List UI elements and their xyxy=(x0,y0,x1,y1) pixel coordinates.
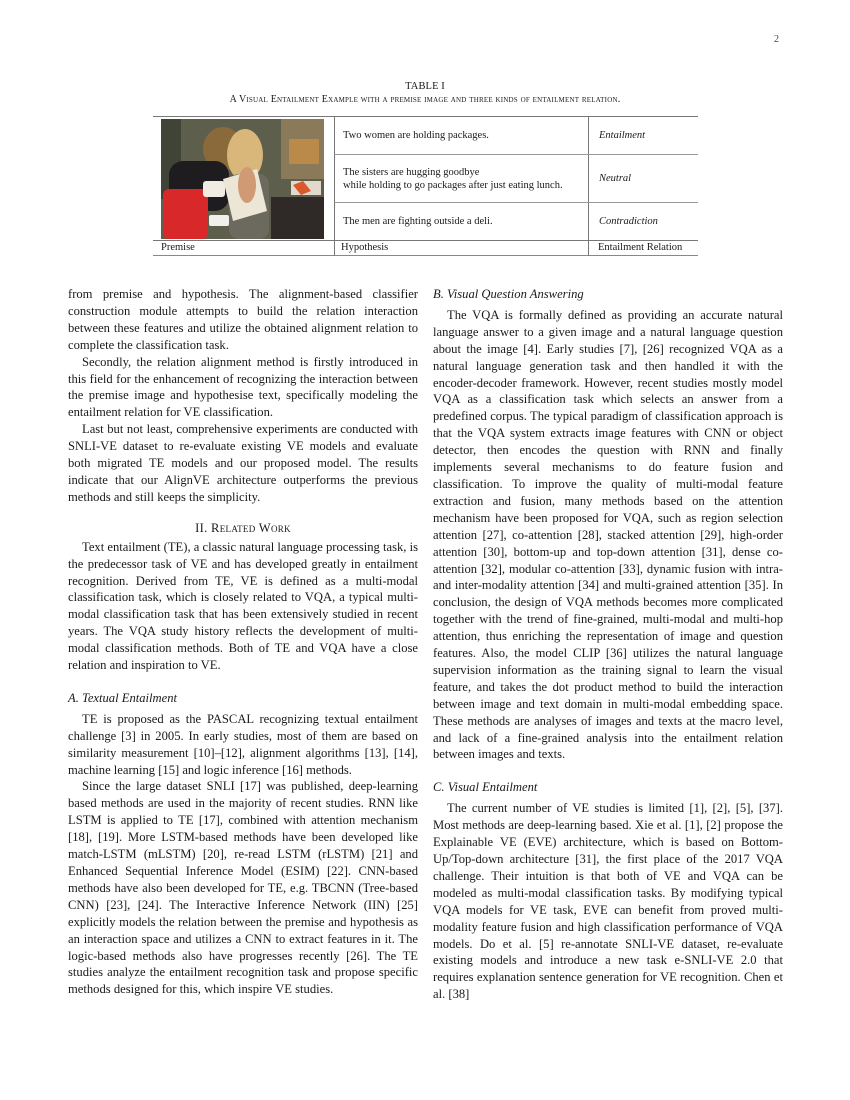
relation-entailment: Entailment xyxy=(599,129,645,142)
subsection-heading-textual-entailment: A. Textual Entailment xyxy=(68,690,418,707)
paragraph: TE is proposed as the PASCAL recognizing… xyxy=(68,711,418,779)
premise-image xyxy=(161,119,324,239)
page-number: 2 xyxy=(774,34,779,45)
paragraph: Text entailment (TE), a classic natural … xyxy=(68,539,418,674)
relation-contradiction: Contradiction xyxy=(599,215,658,228)
paragraph: The VQA is formally defined as providing… xyxy=(433,307,783,763)
paragraph: Since the large dataset SNLI [17] was pu… xyxy=(68,778,418,998)
table-row-divider xyxy=(334,154,698,155)
right-column: B. Visual Question Answering The VQA is … xyxy=(433,286,783,1003)
table-row-divider xyxy=(334,202,698,203)
header-hypothesis: Hypothesis xyxy=(341,241,388,254)
header-entailment-relation: Entailment Relation xyxy=(598,241,682,254)
table-column-divider xyxy=(334,116,335,256)
hypothesis-text: Two women are holding packages. xyxy=(343,130,489,141)
relation-neutral: Neutral xyxy=(599,172,631,185)
paragraph: from premise and hypothesis. The alignme… xyxy=(68,286,418,354)
header-premise: Premise xyxy=(161,241,195,254)
hypothesis-text-line: while holding to go packages after just … xyxy=(343,179,563,192)
paragraph: Last but not least, comprehensive experi… xyxy=(68,421,418,506)
entailment-example-table: Two women are holding packages. The sist… xyxy=(153,116,698,256)
hypothesis-text-line: The sisters are hugging goodbye xyxy=(343,166,563,179)
hypothesis-neutral: The sisters are hugging goodbye while ho… xyxy=(343,166,563,192)
subsection-heading-vqa: B. Visual Question Answering xyxy=(433,286,783,303)
table-caption: A Visual Entailment Example with a premi… xyxy=(150,93,700,106)
paragraph: Secondly, the relation alignment method … xyxy=(68,354,418,422)
table-label: TABLE I xyxy=(150,80,700,93)
left-column: from premise and hypothesis. The alignme… xyxy=(68,286,418,998)
table-top-rule xyxy=(153,116,698,117)
paragraph: The current number of VE studies is limi… xyxy=(433,800,783,1003)
table-column-divider xyxy=(588,116,589,256)
table-bottom-rule xyxy=(153,255,698,256)
subsection-heading-visual-entailment: C. Visual Entailment xyxy=(433,779,783,796)
hypothesis-contradiction: The men are fighting outside a deli. xyxy=(343,215,493,228)
hypothesis-text: The men are fighting outside a deli. xyxy=(343,216,493,227)
section-heading-related-work: II. Related Work xyxy=(68,520,418,537)
hypothesis-entailment: Two women are holding packages. xyxy=(343,129,489,142)
